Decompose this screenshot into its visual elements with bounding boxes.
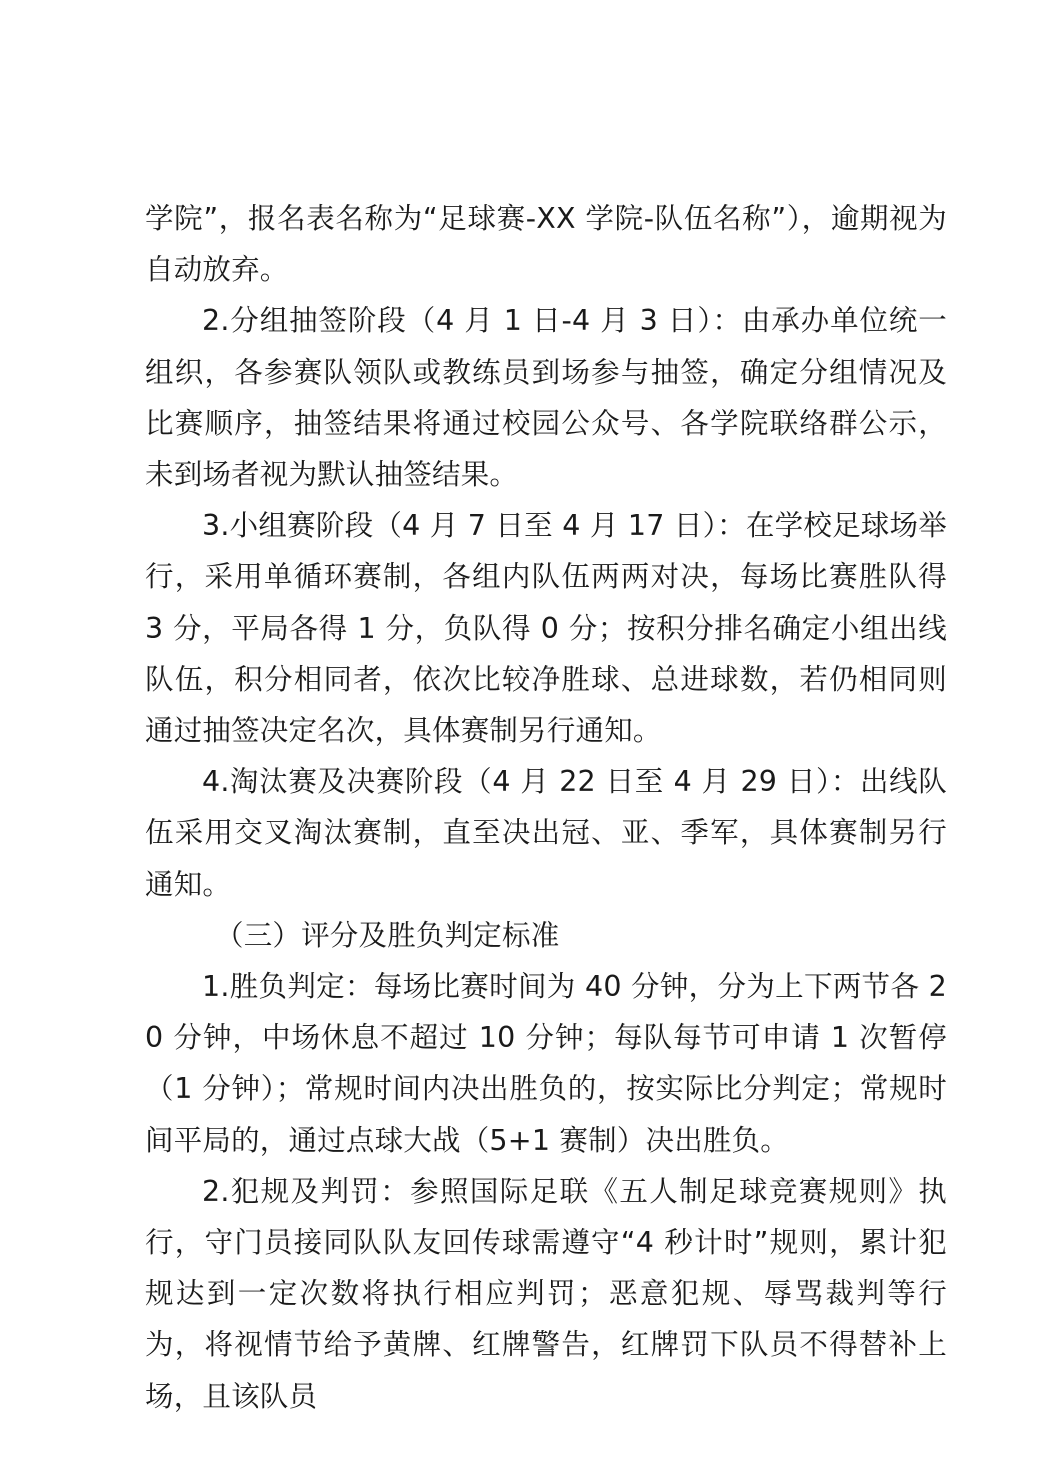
- paragraph-stage-3-group: 3.小组赛阶段（4 月 7 日至 4 月 17 日）：在学校足球场举行，采用单循…: [145, 500, 947, 756]
- paragraph-rule-1-result: 1.胜负判定：每场比赛时间为 40 分钟，分为上下两节各 20 分钟，中场休息不…: [145, 961, 947, 1166]
- document-page: 学院”，报名表名称为“足球赛-XX 学院-队伍名称”），逾期视为自动放弃。 2.…: [145, 193, 947, 1422]
- paragraph-rule-2-fouls: 2.犯规及判罚：参照国际足联《五人制足球竞赛规则》执行，守门员接同队队友回传球需…: [145, 1166, 947, 1422]
- section-heading-scoring: （三）评分及胜负判定标准: [145, 910, 947, 961]
- paragraph-stage-4-knockout: 4.淘汰赛及决赛阶段（4 月 22 日至 4 月 29 日）：出线队伍采用交叉淘…: [145, 756, 947, 910]
- paragraph-stage-2-draw: 2.分组抽签阶段（4 月 1 日-4 月 3 日）：由承办单位统一组织，各参赛队…: [145, 295, 947, 500]
- paragraph-registration-tail: 学院”，报名表名称为“足球赛-XX 学院-队伍名称”），逾期视为自动放弃。: [145, 193, 947, 295]
